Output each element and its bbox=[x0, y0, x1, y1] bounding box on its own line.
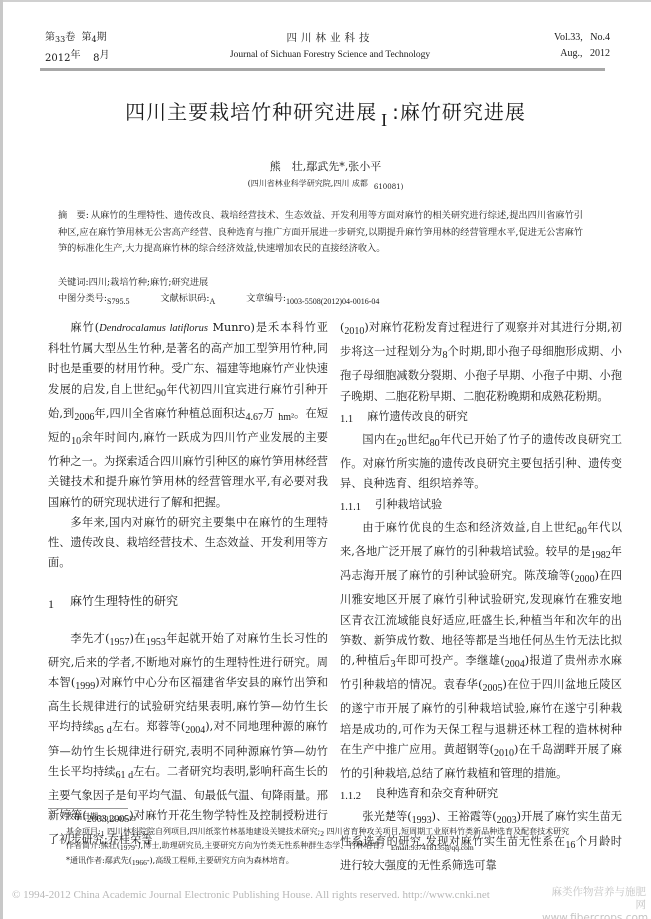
header-rule bbox=[40, 68, 605, 71]
section-title: 良种选育和杂交育种研究 bbox=[375, 787, 498, 800]
latin-name: Dendrocalamus latiflorus bbox=[99, 323, 208, 334]
affiliation: (四川省林业科学研究院,四川 成都610081) bbox=[0, 178, 651, 191]
abstract-text: 从麻竹的生理特性、遗传改良、栽培经营技术、生态效益、开发利用等方面对麻竹的相关研… bbox=[58, 210, 583, 254]
abstract-label: 摘 要: bbox=[58, 210, 89, 221]
footnote-author: 作者简介:熊壮(1979-),博士,助理研究员,主要研究方向为竹类无性系种群生态… bbox=[66, 840, 621, 855]
issue-en: No.4 bbox=[590, 32, 610, 43]
paragraph-introduction-trials: 由于麻竹优良的生态和经济效益,自上世纪80年代以来,各地广泛开展了麻竹的引种栽培… bbox=[340, 518, 622, 784]
issue-suffix: 期 bbox=[97, 30, 107, 46]
title-main: 四川主要栽培竹种研究进展 bbox=[125, 100, 377, 124]
clc-label: 中图分类号: bbox=[58, 293, 107, 304]
abstract: 摘 要:从麻竹的生理特性、遗传改良、栽培经营技术、生态效益、开发利用等方面对麻竹… bbox=[58, 208, 583, 258]
page-border-top bbox=[0, 0, 651, 2]
section-heading-1-1-2: 1.1.2良种选育和杂交育种研究 bbox=[340, 784, 622, 807]
author-email[interactable]: Email:937418135@qq.com bbox=[391, 843, 474, 852]
paragraph-intro: 麻竹(Dendrocalamus latiflorus Munro)是禾本科竹亚… bbox=[48, 318, 328, 513]
article-id-value: 1003-5508(2012)04-0016-04 bbox=[286, 297, 379, 306]
volume-prefix: 第 bbox=[45, 30, 55, 46]
year-en: 2012 bbox=[590, 48, 610, 59]
watermark: 麻类作物营养与施肥网 www.fibercrops.com bbox=[542, 886, 646, 919]
article-id-label: 文章编号: bbox=[246, 293, 286, 304]
keywords-text: 四川;栽培竹种;麻竹;研究进展 bbox=[89, 277, 209, 288]
footnote-corresponding: *通讯作者:鄢武先(1966-),高级工程师,主要研究方向为森林培育。 bbox=[66, 855, 621, 870]
section-heading-1: 1麻竹生理特性的研究 bbox=[48, 591, 328, 614]
title-part-number: I bbox=[381, 110, 388, 130]
clc-value: S795.5 bbox=[107, 297, 129, 306]
article-title: 四川主要栽培竹种研究进展I:麻竹研究进展 bbox=[0, 96, 651, 131]
journal-name-cn: 四川林业科技 bbox=[180, 30, 480, 46]
section-number: 1 bbox=[48, 597, 54, 611]
year: 2012 bbox=[45, 51, 70, 67]
classification-line: 中图分类号:S795.5 文献标识码:A 文章编号:1003-5508(2012… bbox=[58, 291, 598, 310]
journal-name-en: Journal of Sichuan Forestry Science and … bbox=[180, 46, 480, 64]
section-heading-1-1: 1.1麻竹遗传改良的研究 bbox=[340, 407, 622, 430]
month-cn: 月 bbox=[100, 48, 110, 64]
keywords: 关键词:四川;栽培竹种;麻竹;研究进展 bbox=[58, 275, 208, 291]
footnote-received: 收稿日期:2012-03-13 bbox=[66, 811, 621, 826]
month-en: Aug., bbox=[560, 48, 582, 59]
year-cn: 年 bbox=[70, 48, 80, 64]
body-column-right: (2010)对麻竹花粉发育过程进行了观察并对其进行分期,初步将这一过程划分为8个… bbox=[340, 318, 622, 876]
page-border-left bbox=[0, 0, 3, 919]
section-title: 麻竹生理特性的研究 bbox=[70, 594, 178, 608]
body-column-left: 麻竹(Dendrocalamus latiflorus Munro)是禾本科竹亚… bbox=[48, 318, 328, 851]
title-subtitle: :麻竹研究进展 bbox=[392, 100, 526, 124]
paragraph-scope: 多年来,国内对麻竹的研究主要集中在麻竹的生理特性、遗传改良、栽培经营技术、生态效… bbox=[48, 513, 328, 574]
journal-name: 四川林业科技 Journal of Sichuan Forestry Scien… bbox=[180, 30, 480, 64]
issue-prefix: 第 bbox=[82, 30, 92, 46]
section-title: 引种栽培试验 bbox=[375, 498, 442, 511]
postal-code: 610081) bbox=[374, 183, 403, 191]
footnote-funding: 基金项目:1 四川林科院院自列项目,四川纸浆竹林基地建设关键技术研究;2 四川省… bbox=[66, 826, 621, 841]
section-number: 1.1.2 bbox=[340, 791, 361, 802]
footnote-rule bbox=[48, 808, 128, 809]
volume-en: Vol.33, bbox=[554, 32, 583, 43]
section-heading-1-1-1: 1.1.1引种栽培试验 bbox=[340, 495, 622, 518]
section-number: 1.1.1 bbox=[340, 502, 361, 513]
running-header: 第33卷 第4期 2012年 8月 四川林业科技 Journal of Sich… bbox=[40, 28, 610, 68]
footnotes: 收稿日期:2012-03-13 基金项目:1 四川林科院院自列项目,四川纸浆竹林… bbox=[66, 811, 621, 869]
keywords-label: 关键词: bbox=[58, 277, 89, 288]
author-list: 熊 壮,鄢武先*,张小平 bbox=[0, 158, 651, 174]
affiliation-text: (四川省林业科学研究院,四川 成都 bbox=[248, 179, 368, 188]
volume-number: 33 bbox=[55, 32, 65, 48]
watermark-cn: 麻类作物营养与施肥网 bbox=[542, 886, 646, 912]
section-title: 麻竹遗传改良的研究 bbox=[367, 410, 468, 423]
paragraph-pollen: (2010)对麻竹花粉发育过程进行了观察并对其进行分期,初步将这一过程划分为8个… bbox=[340, 318, 622, 407]
copyright-notice: © 1994-2012 China Academic Journal Elect… bbox=[12, 889, 490, 901]
volume-suffix: 卷 bbox=[65, 30, 75, 46]
doc-code-value: A bbox=[209, 297, 215, 306]
watermark-url: www.fibercrops.com bbox=[542, 912, 646, 919]
section-number: 1.1 bbox=[340, 414, 353, 425]
header-issue-info: 第33卷 第4期 2012年 8月 bbox=[45, 30, 110, 67]
doc-code-label: 文献标识码: bbox=[160, 293, 209, 304]
header-volume-en: Vol.33, No.4 Aug., 2012 bbox=[554, 30, 610, 62]
paragraph-genetic: 国内在20世纪80年代已开始了竹子的遗传改良研究工作。对麻竹所实施的遗传改良研究… bbox=[340, 430, 622, 495]
